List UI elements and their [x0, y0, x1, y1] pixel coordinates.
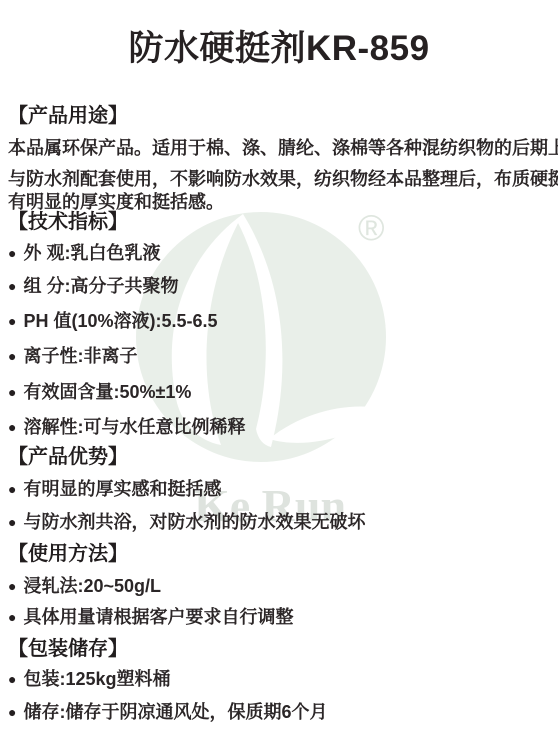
bullet-item-text: 有效固含量:50%±1% [23, 383, 191, 401]
bullet-item-text: PH 值(10%溶液):5.5-6.5 [23, 312, 217, 330]
paragraph-line: 有明显的厚实度和挺括感。 [8, 193, 224, 211]
bullet-item: ● PH 值(10%溶液):5.5-6.5 [8, 312, 218, 330]
bullet-dot-icon: ● [8, 672, 16, 686]
bullet-dot-icon: ● [8, 246, 16, 260]
bullet-item-text: 储存:储存于阴凉通风处，保质期6个月 [23, 703, 327, 721]
bullet-dot-icon: ● [8, 314, 16, 328]
bullet-item-text: 有明显的厚实感和挺括感 [23, 480, 221, 498]
bullet-item: ● 有效固含量:50%±1% [8, 383, 191, 401]
bullet-item-text: 包装:125kg塑料桶 [23, 670, 170, 688]
bullet-item: ● 包装:125kg塑料桶 [8, 670, 171, 688]
bullet-item: ● 具体用量请根据客户要求自行调整 [8, 608, 293, 626]
section-heading-usage: 【使用方法】 [8, 544, 128, 564]
bullet-item-text: 离子性:非离子 [23, 347, 137, 365]
bullet-dot-icon: ● [8, 515, 16, 529]
bullet-item-text: 外 观:乳白色乳液 [23, 244, 160, 262]
bullet-item: ● 与防水剂共浴，对防水剂的防水效果无破坏 [8, 513, 365, 531]
registered-trademark-symbol: ® [358, 210, 385, 246]
bullet-item: ● 浸轧法:20~50g/L [8, 577, 161, 595]
bullet-item: ● 储存:储存于阴凉通风处，保质期6个月 [8, 703, 327, 721]
bullet-item-text: 浸轧法:20~50g/L [23, 577, 161, 595]
bullet-item: ● 外 观:乳白色乳液 [8, 244, 160, 262]
section-heading-product-use: 【产品用途】 [8, 106, 128, 126]
bullet-dot-icon: ● [8, 385, 16, 399]
bullet-item: ● 有明显的厚实感和挺括感 [8, 480, 221, 498]
section-heading-advantages: 【产品优势】 [8, 447, 128, 467]
bullet-dot-icon: ● [8, 705, 16, 719]
bullet-item-text: 溶解性:可与水任意比例稀释 [23, 418, 245, 436]
paragraph-line: 本品属环保产品。适用于棉、涤、腈纶、涤棉等各种混纺织物的后期上浆整理， [8, 139, 558, 157]
bullet-dot-icon: ● [8, 279, 16, 293]
bullet-dot-icon: ● [8, 579, 16, 593]
bullet-dot-icon: ● [8, 610, 16, 624]
bullet-dot-icon: ● [8, 482, 16, 496]
page-title: 防水硬挺剂KR-859 [0, 30, 558, 69]
bullet-item: ● 溶解性:可与水任意比例稀释 [8, 418, 245, 436]
bullet-item: ● 离子性:非离子 [8, 347, 137, 365]
section-heading-tech-specs: 【技术指标】 [8, 212, 128, 232]
bullet-item-text: 具体用量请根据客户要求自行调整 [23, 608, 293, 626]
bullet-dot-icon: ● [8, 420, 16, 434]
bullet-dot-icon: ● [8, 349, 16, 363]
section-heading-packaging-storage: 【包装储存】 [8, 639, 128, 659]
bullet-item-text: 组 分:高分子共聚物 [23, 277, 178, 295]
bullet-item: ● 组 分:高分子共聚物 [8, 277, 178, 295]
paragraph-line: 与防水剂配套使用，不影响防水效果，纺织物经本品整理后，布质硬挺度好。 [8, 170, 558, 188]
bullet-item-text: 与防水剂共浴，对防水剂的防水效果无破坏 [23, 513, 365, 531]
